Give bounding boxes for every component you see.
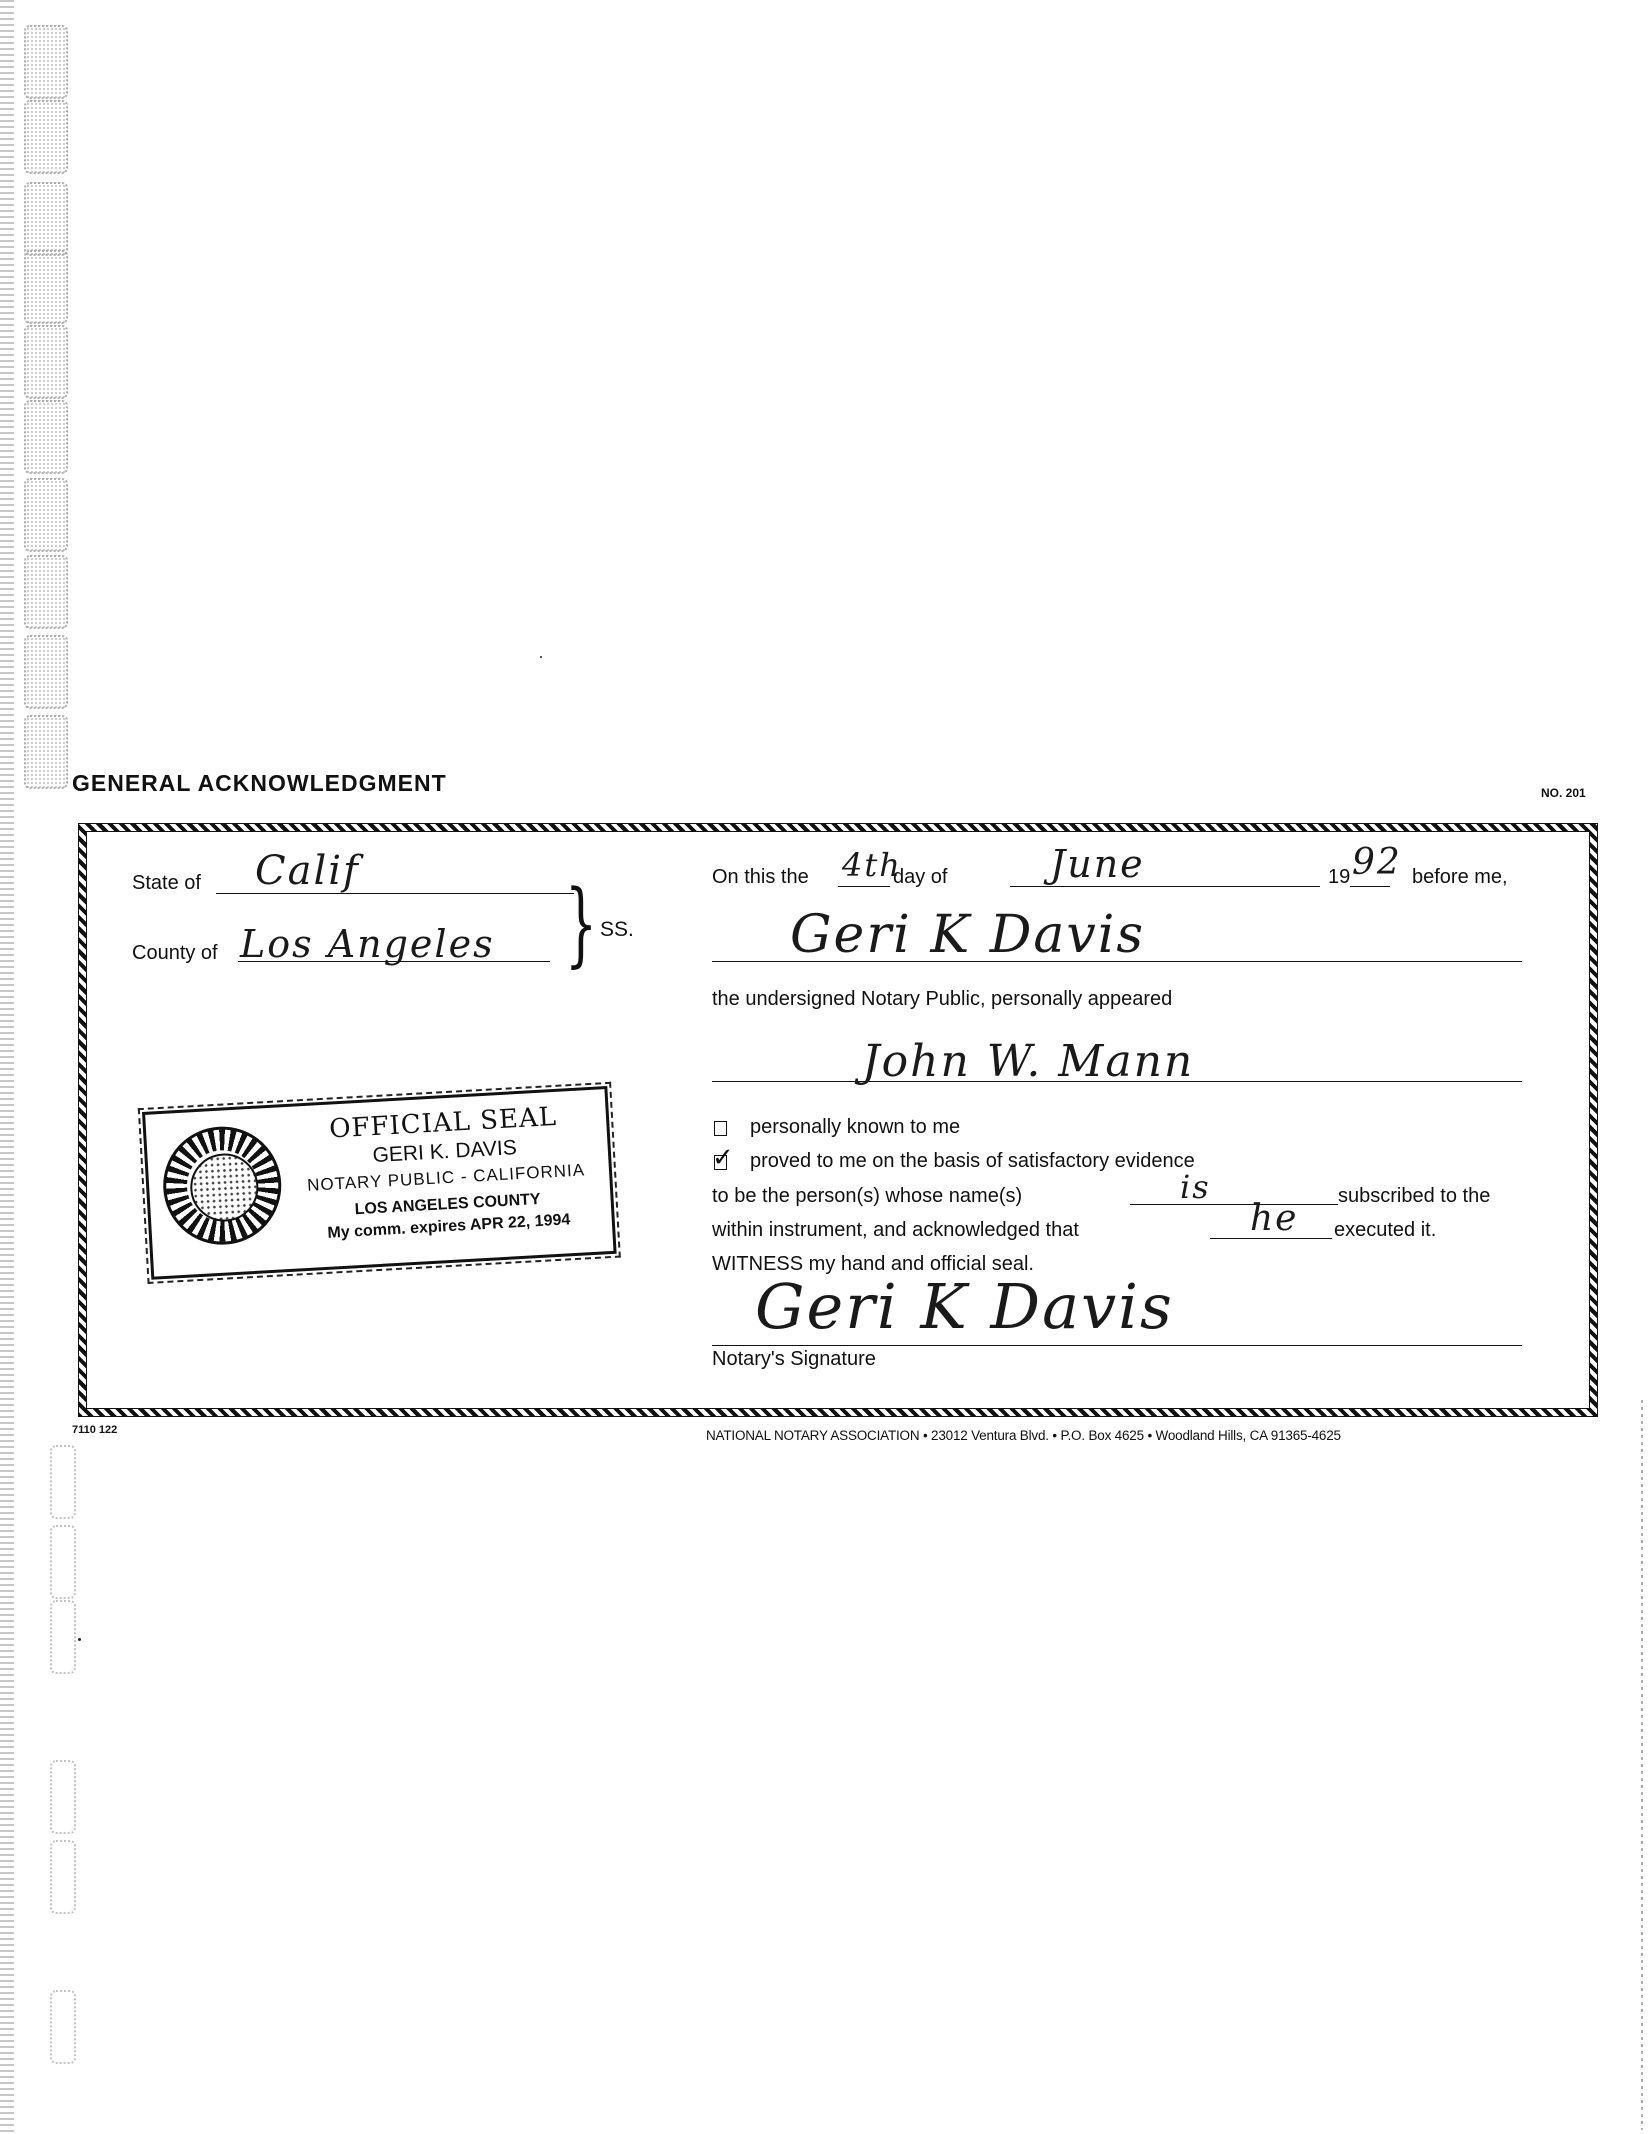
binder-hole [24, 635, 68, 709]
notary-name-field[interactable]: Geri K Davis [790, 905, 1145, 965]
binder-hole [50, 1760, 76, 1834]
binder-hole [24, 100, 68, 174]
year-prefix: 19 [1328, 866, 1350, 889]
ss-label: SS. [600, 918, 634, 942]
binder-hole [24, 325, 68, 399]
on-this-the-label: On this the [712, 866, 809, 889]
official-seal-stamp: OFFICIAL SEAL GERI K. DAVIS NOTARY PUBLI… [142, 1086, 617, 1280]
form-code: 7110 122 [72, 1424, 117, 1436]
binder-hole [24, 182, 68, 256]
year-line [1350, 886, 1390, 887]
appeared-name-field[interactable]: John W. Mann [862, 1036, 1194, 1087]
binder-hole [24, 250, 68, 324]
seal-emblem-icon [188, 1152, 260, 1224]
day-of-label: day of [893, 866, 947, 889]
signature-label: Notary's Signature [712, 1348, 876, 1371]
binder-hole [50, 1525, 76, 1599]
binder-hole [50, 1990, 76, 2064]
binder-hole [50, 1445, 76, 1519]
instrument-line-suffix: executed it. [1334, 1219, 1436, 1242]
is-field[interactable]: is [1180, 1168, 1211, 1206]
form-number: NO. 201 [1541, 786, 1586, 800]
day-line [838, 886, 890, 887]
county-label: County of [132, 942, 218, 965]
person-line-suffix: subscribed to the [1338, 1185, 1490, 1208]
person-line-prefix: to be the person(s) whose name(s) [712, 1185, 1022, 1208]
before-me-label: before me, [1412, 866, 1508, 889]
binder-hole [24, 715, 68, 789]
is-line [1130, 1204, 1338, 1205]
signature-line [712, 1345, 1522, 1346]
binder-edge [0, 0, 14, 2134]
binder-hole [24, 25, 68, 99]
scan-edge [1641, 1400, 1643, 2130]
state-field[interactable]: Calif [255, 848, 360, 894]
personally-known-checkbox[interactable] [714, 1121, 727, 1136]
instrument-line-prefix: within instrument, and acknowledged that [712, 1219, 1079, 1242]
binder-hole [24, 478, 68, 552]
notary-signature[interactable]: Geri K Davis [755, 1270, 1174, 1343]
binder-hole [24, 400, 68, 474]
venue-brace: } [565, 878, 597, 970]
he-field[interactable]: he [1250, 1198, 1299, 1239]
binder-hole [50, 1840, 76, 1914]
year-field[interactable]: 92 [1352, 842, 1402, 883]
binder-hole [50, 1600, 76, 1674]
month-line [1010, 886, 1320, 887]
scan-speck [78, 1638, 81, 1641]
county-field[interactable]: Los Angeles [240, 922, 495, 966]
form-title: GENERAL ACKNOWLEDGMENT [72, 770, 447, 797]
binder-hole [24, 555, 68, 629]
satisfactory-evidence-label: proved to me on the basis of satisfactor… [750, 1150, 1195, 1173]
scan-speck [540, 656, 542, 658]
state-seal-icon [160, 1123, 284, 1247]
notary-caption: the undersigned Notary Public, personall… [712, 988, 1172, 1011]
state-label: State of [132, 872, 201, 895]
personally-known-label: personally known to me [750, 1116, 960, 1139]
publisher-address: NATIONAL NOTARY ASSOCIATION • 23012 Vent… [706, 1428, 1341, 1443]
checkmark-icon: ✓ [712, 1145, 734, 1171]
month-field[interactable]: June [1050, 842, 1145, 886]
